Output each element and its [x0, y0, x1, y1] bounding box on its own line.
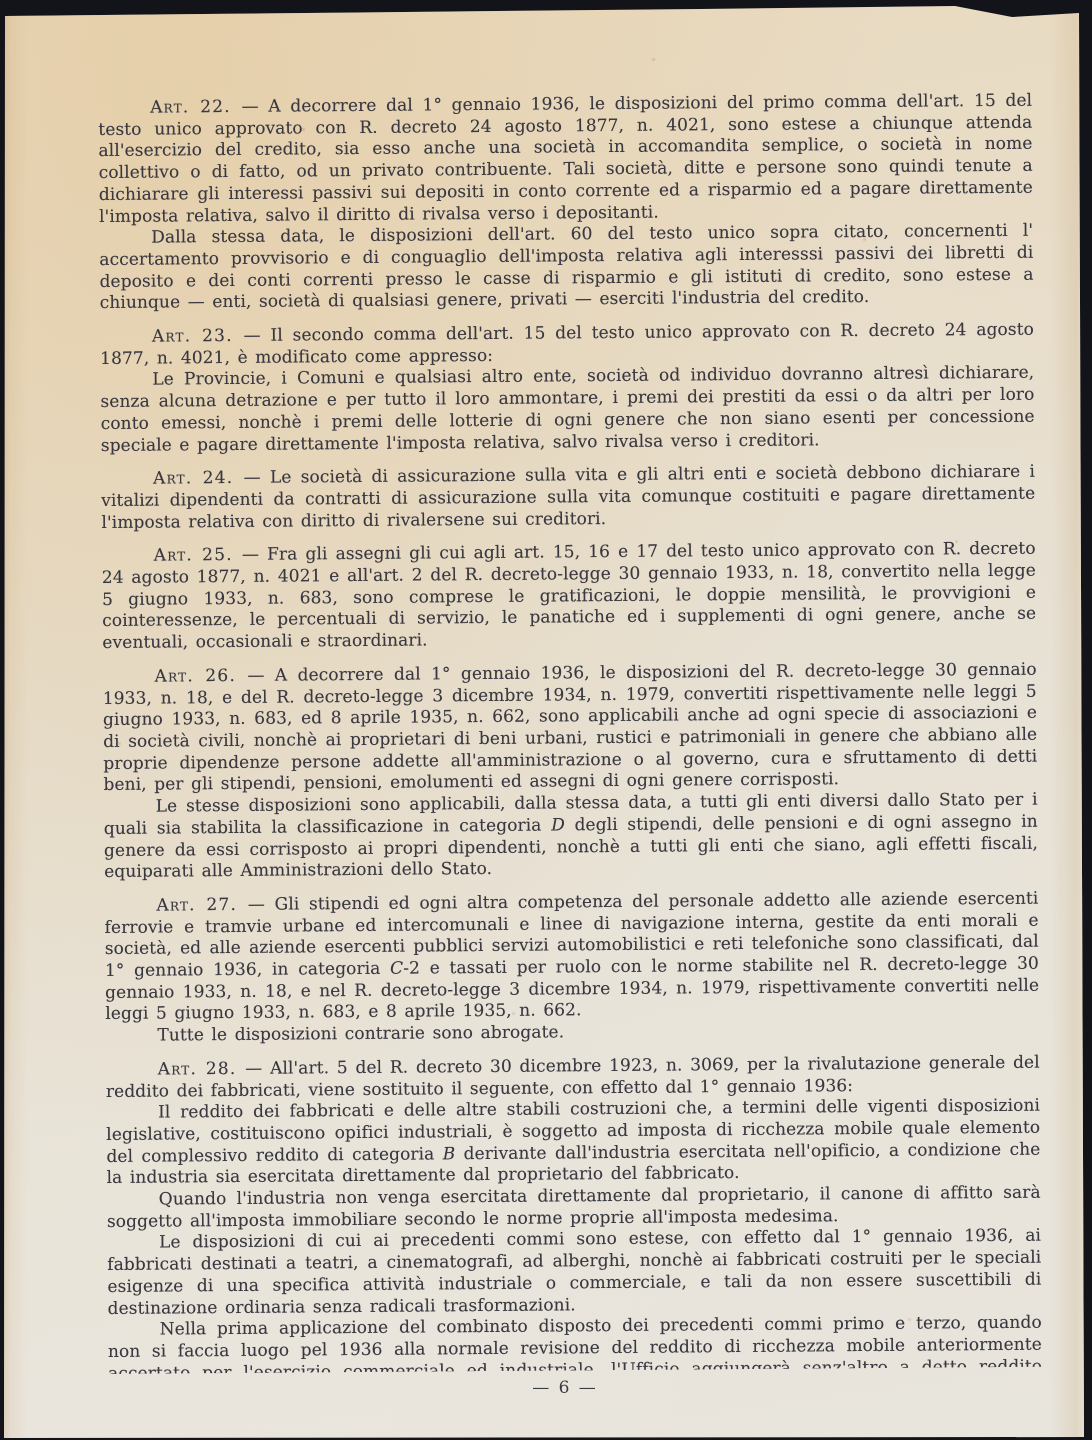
article-paragraph: Art. 26. — A decorrere dal 1° gennaio 19…	[103, 660, 1038, 798]
article-label: Art. 25.	[154, 545, 242, 566]
paragraph: Nella prima applicazione del combinato d…	[108, 1313, 1042, 1374]
paragraph: Le disposizioni di cui ai precedenti com…	[107, 1226, 1042, 1320]
article-paragraph: Art. 28. — All'art. 5 del R. decreto 30 …	[106, 1052, 1040, 1103]
paragraph: Le stesse disposizioni sono applicabili,…	[104, 790, 1039, 884]
article-label: Art. 23.	[152, 326, 244, 347]
scanned-page: Art. 22. — A decorrere dal 1° gennaio 19…	[0, 0, 1092, 1440]
page-number: — 6 —	[98, 1378, 1032, 1398]
article-label: Art. 27.	[156, 895, 248, 916]
article-label: Art. 26.	[155, 666, 248, 687]
article-paragraph: Art. 24. — Le società di assicurazione s…	[101, 462, 1035, 534]
article-paragraph: Art. 27. — Gli stipendi ed ogni altra co…	[104, 889, 1039, 1027]
paper-foxing-specks	[0, 0, 3, 3]
document-body: Art. 22. — A decorrere dal 1° gennaio 19…	[98, 79, 1042, 1374]
article-label: Art. 28.	[158, 1059, 246, 1080]
article-paragraph: Art. 25. — Fra gli assegni gli cui agli …	[102, 539, 1037, 655]
article-label: Art. 22.	[150, 97, 242, 118]
paragraph: Dalla stessa data, le disposizioni dell'…	[99, 221, 1034, 315]
article-paragraph: Art. 22. — A decorrere dal 1° gennaio 19…	[98, 91, 1033, 229]
paragraph: Il reddito dei fabbricati e delle altre …	[106, 1096, 1041, 1190]
article-label: Art. 24.	[153, 468, 244, 489]
paragraph: Quando l'industria non venga esercitata …	[107, 1183, 1041, 1234]
paragraph: Le Provincie, i Comuni e qualsiasi altro…	[100, 363, 1035, 457]
article-paragraph: Art. 23. — Il secondo comma dell'art. 15…	[100, 320, 1034, 371]
